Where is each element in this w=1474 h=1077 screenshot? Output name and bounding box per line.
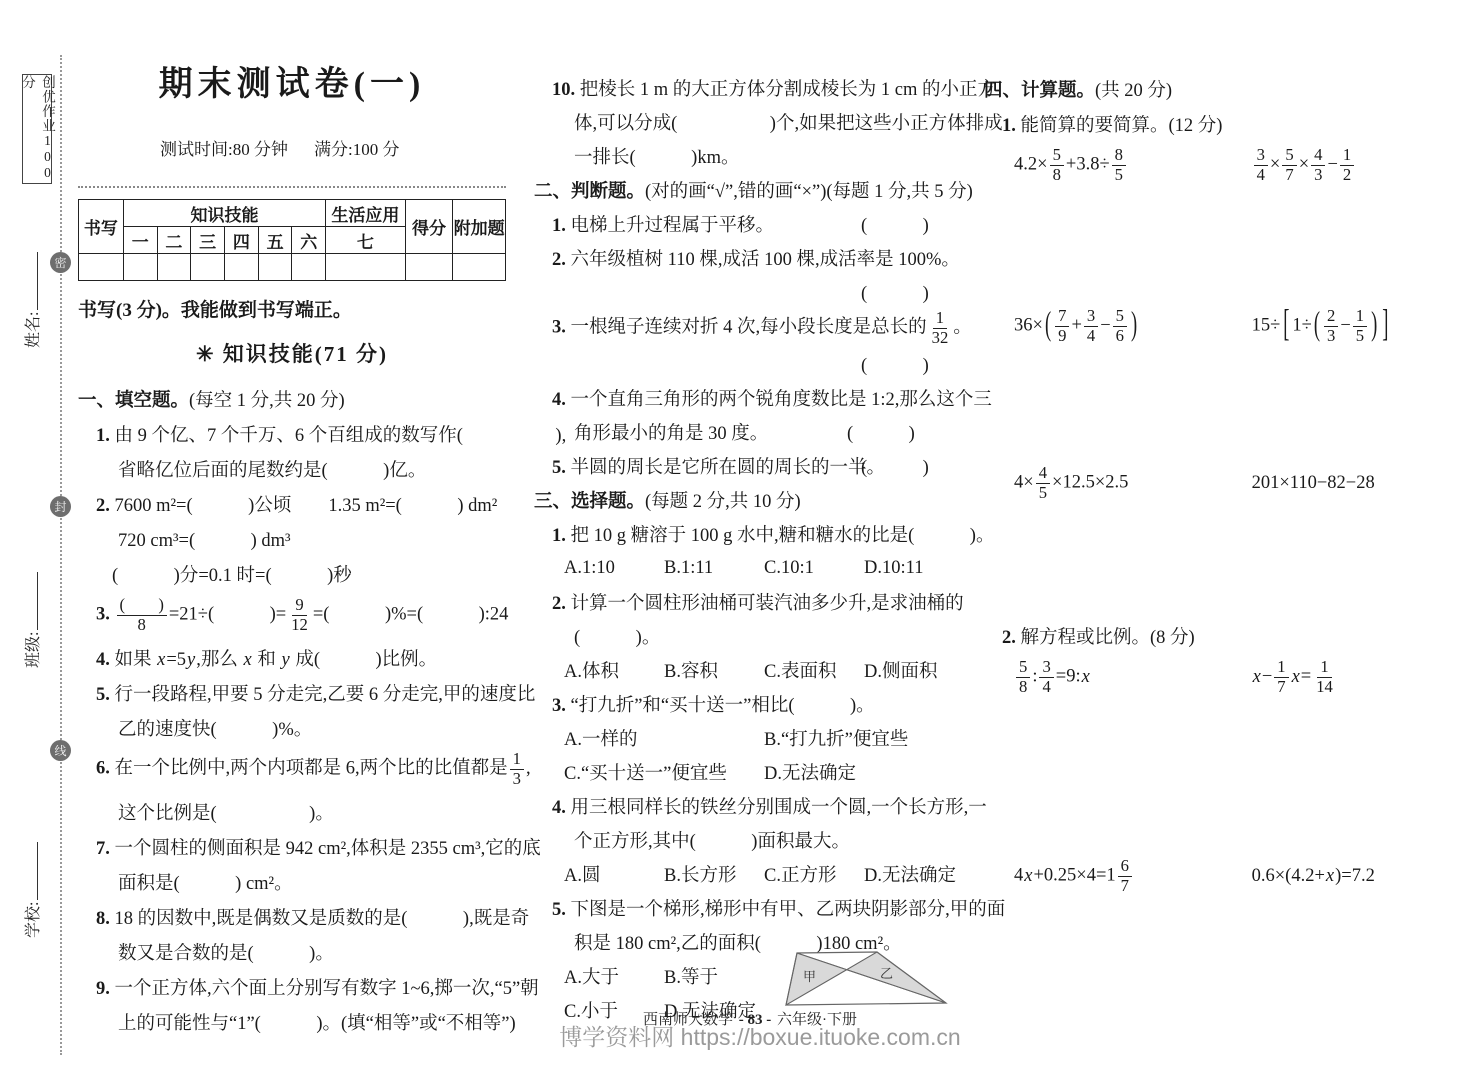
- school-blank: [24, 842, 38, 900]
- text-line: 三、选择题。(每题 2 分,共 10 分): [534, 483, 964, 517]
- text-cell: 一排长( )km。: [574, 143, 964, 169]
- text-cell: C.正方形: [764, 861, 864, 887]
- score-col-knowledge: 知识技能: [123, 200, 325, 227]
- fraction: 85: [1112, 146, 1126, 184]
- text-cell: 1. 由 9 个亿、7 个千万、6 个百组成的数写作( ),: [96, 421, 566, 447]
- fraction: 34: [1039, 658, 1053, 696]
- fraction: 57: [1282, 146, 1296, 184]
- fraction: 15: [1353, 307, 1367, 345]
- text-cell: 2. 7600 m²=( )公顷 1.35 m²=( ) dm²: [96, 491, 506, 517]
- text-cell: 5. 半圆的周长是它所在圆的周长的一半。: [552, 453, 861, 479]
- text-line: 3. ( )8=21÷( )=912=( )%=( ):24: [78, 591, 506, 640]
- text-line: 5. 行一段路程,甲要 5 分走完,乙要 6 分走完,甲的速度比: [78, 675, 506, 710]
- fraction: 67: [1118, 857, 1132, 895]
- text-cell: C.10:1: [764, 558, 864, 579]
- score-numeral: 一: [123, 227, 157, 254]
- page-title: 期末测试卷(一): [78, 56, 506, 105]
- score-cell: [191, 254, 225, 281]
- exam-page: 创优作业100分 密 封 线 姓名: 班级: 学校: 期末测试卷(一) 测试时间…: [0, 0, 1474, 1077]
- text-line: A.圆B.长方形C.正方形D.无法确定: [534, 857, 964, 891]
- text-cell: ( )分=0.1 时=( )秒: [112, 561, 506, 587]
- fraction: 34: [1084, 307, 1098, 345]
- text-cell: ( ): [861, 453, 964, 479]
- text-cell: 58:34=9:x: [1014, 658, 1252, 696]
- score-numeral: 六: [292, 227, 326, 254]
- text-line: 二、判断题。(对的画“√”,错的画“×”)(每题 1 分,共 5 分): [534, 173, 964, 207]
- text-line: 7. 一个圆柱的侧面积是 942 cm²,体积是 2355 cm³,它的底: [78, 829, 506, 864]
- score-cell: [258, 254, 292, 281]
- text-line: ( )。: [534, 619, 964, 653]
- text-cell: 201×110−82−28: [1252, 473, 1454, 494]
- text-cell: ( ): [847, 419, 964, 445]
- fraction: 43: [1311, 146, 1325, 184]
- text-line: 2. 解方程或比例。(8 分): [984, 618, 1454, 653]
- text-line: 2. 六年级植树 110 棵,成活 100 棵,成活率是 100%。: [534, 241, 964, 275]
- text-cell: B.长方形: [664, 861, 764, 887]
- text-line: 1. 电梯上升过程属于平移。( ): [534, 207, 964, 241]
- fraction: 132: [929, 309, 952, 347]
- watermark-text: 博学资料网 https://boxue.ituoke.com.cn: [430, 1019, 1090, 1052]
- text-line: 四、计算题。(共 20 分): [984, 71, 1454, 106]
- text-line: A.一样的B.“打九折”便宜些: [534, 721, 964, 755]
- fraction: 58: [1050, 146, 1064, 184]
- test-meta: 测试时间:80 分钟 满分:100 分: [78, 135, 506, 160]
- text-cell: ( )。: [574, 623, 964, 649]
- text-cell: ( ): [861, 211, 964, 237]
- score-cell: [123, 254, 157, 281]
- text-cell: 15÷[1÷(23−15)]: [1252, 307, 1454, 345]
- score-numeral: 五: [258, 227, 292, 254]
- text-line: C.“买十送一”便宜些D.无法确定: [534, 755, 964, 789]
- text-line: 乙的速度快( )%。: [78, 710, 506, 745]
- text-cell: 一、填空题。(每空 1 分,共 20 分): [78, 386, 506, 412]
- text-cell: 2. 计算一个圆柱形油桶可装汽油多少升,是求油桶的: [552, 589, 964, 615]
- text-cell: ( ): [861, 351, 964, 377]
- score-numeral-seven: 七: [326, 227, 405, 254]
- text-cell: 数又是合数的是( )。: [118, 939, 506, 965]
- fraction: 23: [1324, 307, 1338, 345]
- text-line: 4.2×58+3.8÷8534×57×43−12: [984, 141, 1454, 190]
- text-line: 58:34=9:xx−17x=114: [984, 653, 1454, 702]
- text-line: 4. 用三根同样长的铁丝分别围成一个圆,一个长方形,一: [534, 789, 964, 823]
- class-blank: [24, 572, 38, 630]
- text-cell: 6. 在一个比例中,两个内项都是 6,两个比的比值都是13,: [96, 750, 531, 788]
- text-cell: 4.2×58+3.8÷85: [1014, 146, 1252, 184]
- text-line: 省略亿位后面的尾数约是( )亿。: [78, 451, 506, 486]
- score-cell: [453, 254, 506, 281]
- text-line: 1. 把 10 g 糖溶于 100 g 水中,糖和糖水的比是( )。: [534, 517, 964, 551]
- fraction: 12: [1340, 146, 1354, 184]
- score-numeral: 二: [157, 227, 191, 254]
- text-line: 这个比例是( )。: [78, 794, 506, 829]
- student-name-label: 姓名:: [20, 252, 43, 348]
- content-columns: 期末测试卷(一) 测试时间:80 分钟 满分:100 分 书写 知识技能 生活应…: [0, 0, 1474, 1039]
- text-cell: 二、判断题。(对的画“√”,错的画“×”)(每题 1 分,共 5 分): [534, 177, 973, 203]
- text-cell: 这个比例是( )。: [118, 799, 506, 825]
- student-school-label: 学校:: [20, 842, 43, 938]
- text-cell: 34×57×43−12: [1252, 146, 1454, 184]
- text-cell: C.表面积: [764, 657, 864, 683]
- section-knowledge-head: ✳ 知识技能(71 分): [78, 338, 506, 368]
- seal-stamp-icon: 线: [50, 740, 71, 761]
- score-cell: [405, 254, 453, 281]
- text-cell: 1. 把 10 g 糖溶于 100 g 水中,糖和糖水的比是( )。: [552, 521, 994, 547]
- text-line: 3. 一根绳子连续对折 4 次,每小段长度是总长的132。: [534, 309, 964, 347]
- text-line: 5. 半圆的周长是它所在圆的周长的一半。( ): [534, 449, 964, 483]
- text-cell: 3. “打九折”和“买十送一”相比( )。: [552, 691, 964, 717]
- test-time: 测试时间:80 分钟: [160, 135, 288, 160]
- text-cell: 面积是( ) cm²。: [118, 869, 506, 895]
- text-line: 4x+0.25×4=1670.6×(4.2+x)=7.2: [984, 852, 1454, 901]
- text-cell: 10. 把棱长 1 m 的大正方体分割成棱长为 1 cm 的小正方: [552, 75, 996, 101]
- text-line: 6. 在一个比例中,两个内项都是 6,两个比的比值都是13,: [78, 745, 506, 794]
- text-cell: A.大于: [564, 963, 664, 989]
- seal-stamp-icon: 密: [50, 252, 71, 273]
- text-cell: 4. 如果 x=5y,那么 x 和 y 成( )比例。: [96, 645, 506, 671]
- fraction: 912: [288, 596, 311, 634]
- fraction: 79: [1055, 307, 1069, 345]
- text-line: 36×(79+34−56)15÷[1÷(23−15)]: [984, 302, 1454, 351]
- figure-label-jia: 甲: [803, 969, 816, 984]
- fraction: 114: [1313, 658, 1336, 696]
- text-cell: A.体积: [564, 657, 664, 683]
- text-line: 面积是( ) cm²。: [78, 864, 506, 899]
- text-cell: 三、选择题。(每题 2 分,共 10 分): [534, 487, 964, 513]
- text-cell: C.“买十送一”便宜些: [564, 759, 764, 785]
- text-cell: B.容积: [664, 657, 764, 683]
- student-class-label: 班级:: [20, 572, 43, 668]
- text-cell: 乙的速度快( )%。: [118, 715, 506, 741]
- text-cell: 4×45×12.5×2.5: [1014, 464, 1252, 502]
- text-cell: D.无法确定: [764, 759, 964, 785]
- fraction: 34: [1254, 146, 1268, 184]
- text-line: ( ): [534, 347, 964, 381]
- text-cell: B.1:11: [664, 558, 764, 579]
- middle-questions: 10. 把棱长 1 m 的大正方体分割成棱长为 1 cm 的小正方体,可以分成(…: [534, 71, 964, 1027]
- text-line: 8. 18 的因数中,既是偶数又是质数的是( ),既是奇: [78, 899, 506, 934]
- text-cell: 2. 解方程或比例。(8 分): [1002, 623, 1454, 649]
- text-line: 4. 如果 x=5y,那么 x 和 y 成( )比例。: [78, 640, 506, 675]
- text-cell: 3. 一根绳子连续对折 4 次,每小段长度是总长的132。: [552, 309, 972, 347]
- text-cell: 9. 一个正方体,六个面上分别写有数字 1~6,掷一次,“5”朝: [96, 974, 539, 1000]
- text-cell: B.“打九折”便宜些: [764, 725, 964, 751]
- text-cell: 省略亿位后面的尾数约是( )亿。: [118, 456, 506, 482]
- text-line: 720 cm³=( ) dm³: [78, 521, 506, 556]
- text-cell: 720 cm³=( ) dm³: [118, 526, 506, 552]
- text-line: 5. 下图是一个梯形,梯形中有甲、乙两块阴影部分,甲的面: [534, 891, 964, 925]
- text-cell: x−17x=114: [1252, 658, 1454, 696]
- score-cell: [326, 254, 405, 281]
- figure-label-yi: 乙: [880, 966, 893, 981]
- text-line: 2. 计算一个圆柱形油桶可装汽油多少升,是求油桶的: [534, 585, 964, 619]
- text-cell: A.一样的: [564, 725, 764, 751]
- text-cell: 7. 一个圆柱的侧面积是 942 cm²,体积是 2355 cm³,它的底: [96, 834, 541, 860]
- right-questions: 四、计算题。(共 20 分)1. 能简算的要简算。(12 分)4.2×58+3.…: [984, 71, 1454, 901]
- brand-badge: 创优作业100分: [22, 74, 52, 184]
- text-line: A.1:10B.1:11C.10:1D.10:11: [534, 551, 964, 585]
- score-cell: [79, 254, 124, 281]
- text-line: 一、填空题。(每空 1 分,共 20 分): [78, 381, 506, 416]
- text-cell: 个正方形,其中( )面积最大。: [574, 827, 964, 853]
- text-cell: 体,可以分成( )个,如果把这些小正方体排成: [574, 109, 1003, 135]
- text-line: 4×45×12.5×2.5201×110−82−28: [984, 459, 1454, 508]
- score-numeral: 三: [191, 227, 225, 254]
- column-left: 期末测试卷(一) 测试时间:80 分钟 满分:100 分 书写 知识技能 生活应…: [78, 0, 506, 1039]
- brand-badge-text: 创优作业100分: [17, 75, 57, 183]
- fraction: 17: [1274, 658, 1288, 696]
- text-line: 2. 7600 m²=( )公顷 1.35 m²=( ) dm²: [78, 486, 506, 521]
- seal-stamp-icon: 封: [50, 496, 71, 517]
- text-cell: 2. 六年级植树 110 棵,成活 100 棵,成活率是 100%。: [552, 245, 964, 271]
- score-cell: [292, 254, 326, 281]
- text-cell: ( ): [861, 279, 964, 305]
- text-cell: D.侧面积: [864, 657, 964, 683]
- score-col-writing: 书写: [79, 200, 124, 254]
- score-col-life: 生活应用: [326, 200, 405, 227]
- text-line: 角形最小的角是 30 度。( ): [534, 415, 964, 449]
- trapezoid-figure: 甲 乙: [776, 948, 954, 1012]
- text-cell: 4x+0.25×4=167: [1014, 857, 1252, 895]
- column-middle: 10. 把棱长 1 m 的大正方体分割成棱长为 1 cm 的小正方体,可以分成(…: [534, 0, 964, 1027]
- text-cell: 8. 18 的因数中,既是偶数又是质数的是( ),既是奇: [96, 904, 529, 930]
- fraction: 58: [1016, 658, 1030, 696]
- text-line: 3. “打九折”和“买十送一”相比( )。: [534, 687, 964, 721]
- text-cell: A.圆: [564, 861, 664, 887]
- name-blank: [24, 252, 38, 310]
- score-numeral: 四: [224, 227, 258, 254]
- text-cell: 4. 一个直角三角形的两个锐角度数比是 1:2,那么这个三: [552, 385, 992, 411]
- text-line: A.体积B.容积C.表面积D.侧面积: [534, 653, 964, 687]
- text-cell: 36×(79+34−56): [1014, 307, 1252, 345]
- text-cell: 5. 行一段路程,甲要 5 分走完,乙要 6 分走完,甲的速度比: [96, 680, 535, 706]
- fraction: 45: [1036, 464, 1050, 502]
- fraction: 56: [1113, 307, 1127, 345]
- text-line: 体,可以分成( )个,如果把这些小正方体排成: [534, 105, 964, 139]
- text-cell: D.10:11: [864, 558, 964, 579]
- fraction: ( )8: [117, 596, 167, 634]
- text-cell: 5. 下图是一个梯形,梯形中有甲、乙两块阴影部分,甲的面: [552, 895, 1005, 921]
- text-line: 数又是合数的是( )。: [78, 934, 506, 969]
- text-line: 个正方形,其中( )面积最大。: [534, 823, 964, 857]
- left-questions: 一、填空题。(每空 1 分,共 20 分)1. 由 9 个亿、7 个千万、6 个…: [78, 381, 506, 1039]
- text-line: 1. 由 9 个亿、7 个千万、6 个百组成的数写作( ),: [78, 416, 506, 451]
- text-cell: 0.6×(4.2+x)=7.2: [1252, 866, 1454, 887]
- text-line: ( )分=0.1 时=( )秒: [78, 556, 506, 591]
- text-line: 一排长( )km。: [534, 139, 964, 173]
- text-cell: 四、计算题。(共 20 分): [984, 76, 1454, 102]
- writing-note: 书写(3 分)。我能做到书写端正。: [78, 295, 506, 322]
- column-right: 四、计算题。(共 20 分)1. 能简算的要简算。(12 分)4.2×58+3.…: [984, 0, 1454, 901]
- text-cell: 角形最小的角是 30 度。: [574, 419, 847, 445]
- text-line: 9. 一个正方体,六个面上分别写有数字 1~6,掷一次,“5”朝: [78, 969, 506, 1004]
- text-line: ( ): [534, 275, 964, 309]
- text-cell: 1. 能简算的要简算。(12 分): [1002, 111, 1454, 137]
- fraction: 13: [510, 750, 524, 788]
- text-line: 10. 把棱长 1 m 的大正方体分割成棱长为 1 cm 的小正方: [534, 71, 964, 105]
- text-cell: D.无法确定: [864, 861, 964, 887]
- seal-dotted-line: [60, 55, 62, 1055]
- text-cell: 4. 用三根同样长的铁丝分别围成一个圆,一个长方形,一: [552, 793, 987, 819]
- text-line: 1. 能简算的要简算。(12 分): [984, 106, 1454, 141]
- dotted-divider: [78, 186, 506, 188]
- test-full-score: 满分:100 分: [314, 135, 399, 160]
- score-cell: [157, 254, 191, 281]
- score-table: 书写 知识技能 生活应用 得分 附加题 一 二 三 四 五 六 七: [78, 199, 506, 281]
- text-cell: A.1:10: [564, 558, 664, 579]
- score-col-bonus: 附加题: [453, 200, 506, 254]
- text-cell: 3. ( )8=21÷( )=912=( )%=( ):24: [96, 596, 508, 634]
- score-cell: [224, 254, 258, 281]
- text-line: 4. 一个直角三角形的两个锐角度数比是 1:2,那么这个三: [534, 381, 964, 415]
- text-cell: 1. 电梯上升过程属于平移。: [552, 211, 861, 237]
- score-col-score: 得分: [405, 200, 453, 254]
